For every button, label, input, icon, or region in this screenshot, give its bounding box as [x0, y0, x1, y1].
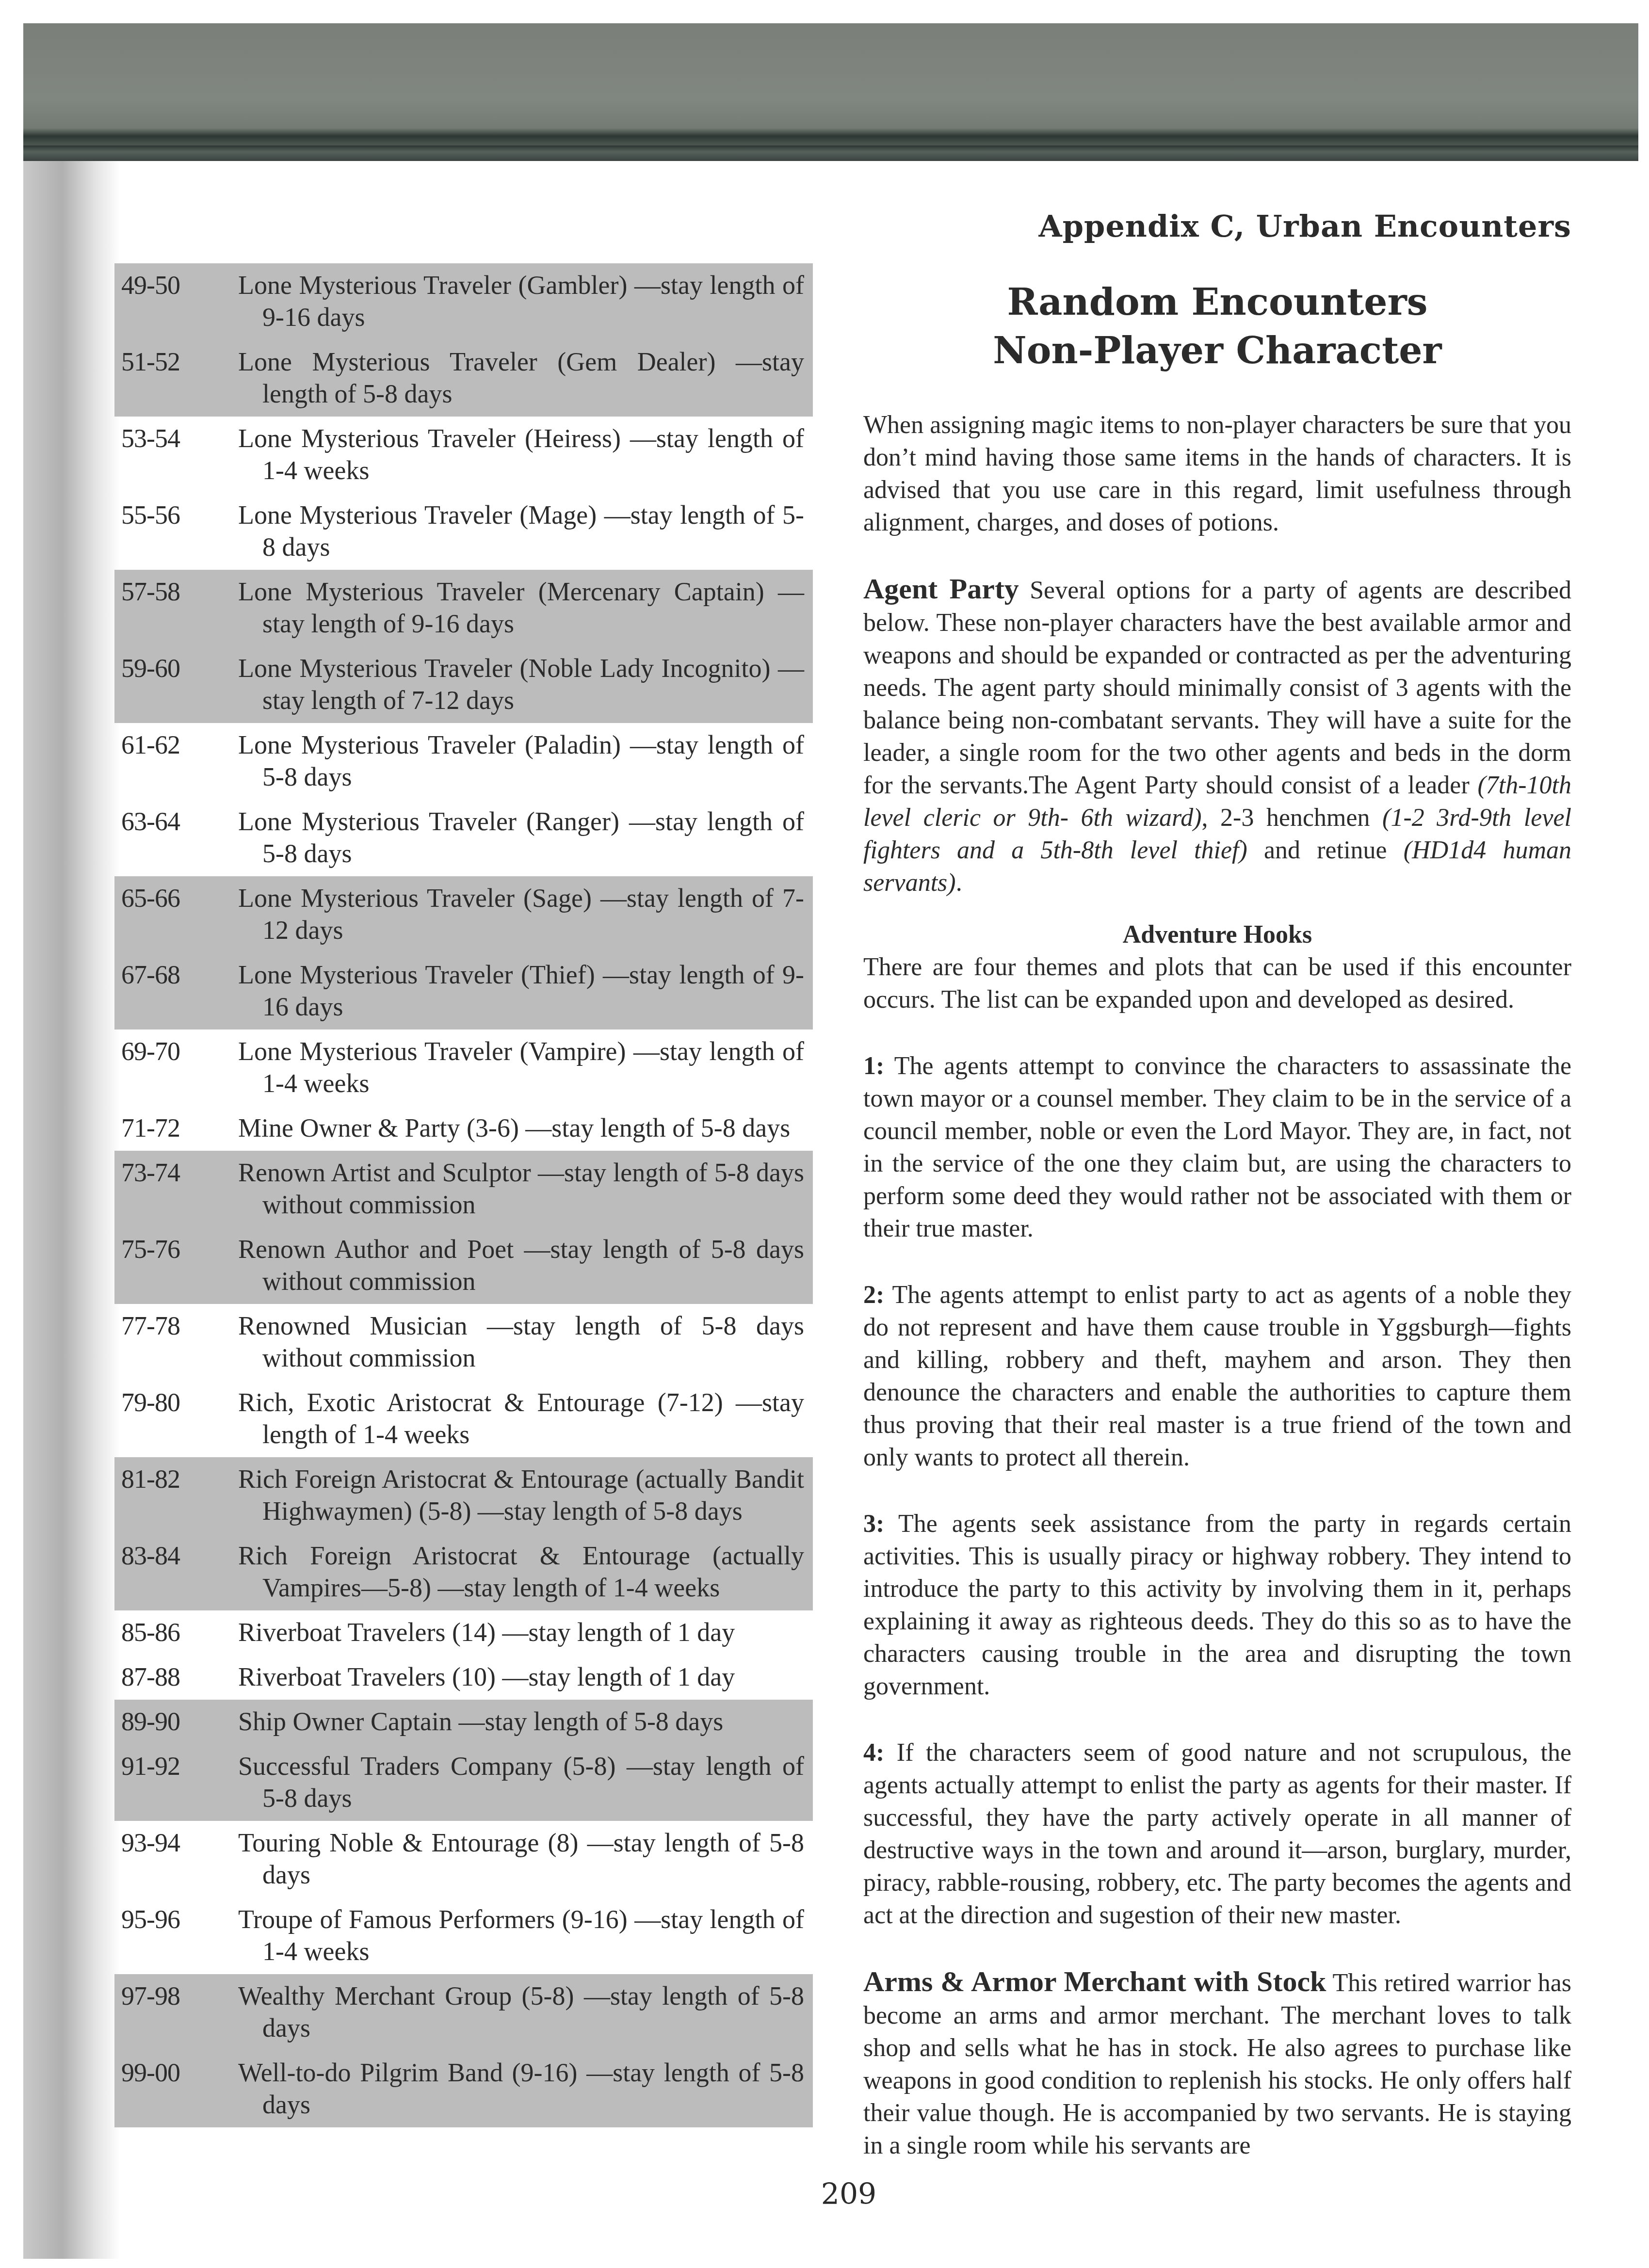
encounter-description: Lone Mysterious Traveler (Gem Dealer) —s…: [238, 346, 813, 410]
encounter-description: Well-to-do Pilgrim Band (9-16) —stay len…: [238, 2057, 813, 2121]
page-number: 209: [805, 2177, 892, 2211]
running-head: Appendix C, Urban Encounters: [863, 209, 1571, 244]
table-row: 51-52Lone Mysterious Traveler (Gem Deale…: [114, 340, 813, 417]
encounter-description: Renowned Musician —stay length of 5-8 da…: [238, 1310, 813, 1374]
encounter-description: Rich, Exotic Aristocrat & Entourage (7-1…: [238, 1386, 813, 1450]
title-line-1: Random Encounters: [863, 278, 1571, 326]
roll-range: 79-80: [114, 1386, 238, 1450]
encounter-table: 49-50Lone Mysterious Traveler (Gambler) …: [114, 263, 813, 2127]
hook-text: The agents attempt to enlist party to ac…: [863, 1281, 1571, 1471]
table-row: 69-70Lone Mysterious Traveler (Vampire) …: [114, 1029, 813, 1106]
roll-range: 55-56: [114, 499, 238, 563]
agent-party-text-3: and retinue: [1247, 836, 1404, 864]
roll-range: 87-88: [114, 1661, 238, 1693]
table-row: 73-74Renown Artist and Sculptor —stay le…: [114, 1151, 813, 1227]
encounter-description: Renown Author and Poet —stay length of 5…: [238, 1233, 813, 1297]
table-row: 79-80Rich, Exotic Aristocrat & Entourage…: [114, 1381, 813, 1457]
encounter-description: Wealthy Merchant Group (5-8) —stay lengt…: [238, 1980, 813, 2044]
agent-party-text-4: .: [956, 869, 962, 897]
hook-item: 3: The agents seek assistance from the p…: [863, 1508, 1571, 1703]
table-row: 87-88Riverboat Travelers (10) —stay leng…: [114, 1655, 813, 1700]
right-column: Appendix C, Urban Encounters Random Enco…: [863, 184, 1571, 2196]
roll-range: 67-68: [114, 959, 238, 1023]
table-row: 89-90Ship Owner Captain —stay length of …: [114, 1700, 813, 1744]
arms-merchant-text: This retired warrior has become an arms …: [863, 1969, 1571, 2159]
roll-range: 65-66: [114, 882, 238, 946]
encounter-description: Lone Mysterious Traveler (Gambler) —stay…: [238, 269, 813, 333]
table-row: 91-92Successful Traders Company (5-8) —s…: [114, 1744, 813, 1821]
intro-paragraph: When assigning magic items to non-player…: [863, 409, 1571, 539]
roll-range: 71-72: [114, 1112, 238, 1144]
roll-range: 81-82: [114, 1463, 238, 1527]
encounter-description: Lone Mysterious Traveler (Noble Lady Inc…: [238, 652, 813, 716]
table-row: 57-58Lone Mysterious Traveler (Mercenary…: [114, 570, 813, 646]
roll-range: 57-58: [114, 576, 238, 640]
roll-range: 51-52: [114, 346, 238, 410]
roll-range: 85-86: [114, 1616, 238, 1648]
table-row: 63-64Lone Mysterious Traveler (Ranger) —…: [114, 800, 813, 876]
book-edge: [23, 145, 1638, 161]
table-row: 85-86Riverboat Travelers (14) —stay leng…: [114, 1610, 813, 1655]
table-row: 65-66Lone Mysterious Traveler (Sage) —st…: [114, 876, 813, 953]
roll-range: 53-54: [114, 422, 238, 486]
encounter-description: Lone Mysterious Traveler (Sage) —stay le…: [238, 882, 813, 946]
table-row: 83-84Rich Foreign Aristocrat & Entourage…: [114, 1534, 813, 1610]
table-row: 49-50Lone Mysterious Traveler (Gambler) …: [114, 263, 813, 340]
table-row: 95-96Troupe of Famous Performers (9-16) …: [114, 1898, 813, 1974]
roll-range: 61-62: [114, 729, 238, 793]
roll-range: 95-96: [114, 1903, 238, 1967]
table-row: 55-56Lone Mysterious Traveler (Mage) —st…: [114, 493, 813, 570]
table-row: 67-68Lone Mysterious Traveler (Thief) —s…: [114, 953, 813, 1029]
encounter-description: Troupe of Famous Performers (9-16) —stay…: [238, 1903, 813, 1967]
table-row: 97-98Wealthy Merchant Group (5-8) —stay …: [114, 1974, 813, 2051]
encounter-description: Lone Mysterious Traveler (Mage) —stay le…: [238, 499, 813, 563]
encounter-description: Rich Foreign Aristocrat & Entourage (act…: [238, 1463, 813, 1527]
roll-range: 73-74: [114, 1157, 238, 1221]
encounter-description: Lone Mysterious Traveler (Mercenary Capt…: [238, 576, 813, 640]
table-row: 81-82Rich Foreign Aristocrat & Entourage…: [114, 1457, 813, 1534]
page-title: Random Encounters Non-Player Character: [863, 278, 1571, 375]
table-row: 93-94Touring Noble & Entourage (8) —stay…: [114, 1821, 813, 1898]
encounter-description: Mine Owner & Party (3-6) —stay length of…: [238, 1112, 813, 1144]
table-row: 75-76Renown Author and Poet —stay length…: [114, 1227, 813, 1304]
roll-range: 63-64: [114, 805, 238, 869]
hook-number: 1:: [863, 1052, 884, 1080]
table-row: 71-72Mine Owner & Party (3-6) —stay leng…: [114, 1106, 813, 1151]
encounter-description: Touring Noble & Entourage (8) —stay leng…: [238, 1827, 813, 1891]
encounter-description: Rich Foreign Aristocrat & Entourage (act…: [238, 1540, 813, 1604]
roll-range: 91-92: [114, 1750, 238, 1814]
encounter-description: Lone Mysterious Traveler (Thief) —stay l…: [238, 959, 813, 1023]
agent-party-heading: Agent Party: [863, 573, 1019, 605]
roll-range: 75-76: [114, 1233, 238, 1297]
table-row: 59-60Lone Mysterious Traveler (Noble Lad…: [114, 646, 813, 723]
hook-text: The agents seek assistance from the part…: [863, 1510, 1571, 1700]
encounter-description: Renown Artist and Sculptor —stay length …: [238, 1157, 813, 1221]
encounter-description: Lone Mysterious Traveler (Paladin) —stay…: [238, 729, 813, 793]
roll-range: 77-78: [114, 1310, 238, 1374]
scanner-border-top: [23, 23, 1638, 161]
roll-range: 83-84: [114, 1540, 238, 1604]
encounter-description: Successful Traders Company (5-8) —stay l…: [238, 1750, 813, 1814]
hook-item: 1: The agents attempt to convince the ch…: [863, 1050, 1571, 1245]
adventure-hooks-intro: There are four themes and plots that can…: [863, 951, 1571, 1016]
roll-range: 49-50: [114, 269, 238, 333]
agent-party-text-1: Several options for a party of agents ar…: [863, 577, 1571, 799]
roll-range: 89-90: [114, 1705, 238, 1737]
encounter-description: Lone Mysterious Traveler (Vampire) —stay…: [238, 1035, 813, 1099]
hook-item: 2: The agents attempt to enlist party to…: [863, 1279, 1571, 1474]
roll-range: 69-70: [114, 1035, 238, 1099]
agent-party-text-2: , 2-3 henchmen: [1202, 804, 1383, 832]
hook-number: 4:: [863, 1739, 884, 1767]
roll-range: 93-94: [114, 1827, 238, 1891]
hook-item: 4: If the characters seem of good nature…: [863, 1737, 1571, 1931]
page-gutter-shadow: [23, 161, 120, 2259]
roll-range: 59-60: [114, 652, 238, 716]
encounter-description: Lone Mysterious Traveler (Heiress) —stay…: [238, 422, 813, 486]
title-line-2: Non-Player Character: [863, 326, 1571, 375]
table-row: 53-54Lone Mysterious Traveler (Heiress) …: [114, 417, 813, 493]
hook-number: 3:: [863, 1510, 884, 1538]
adventure-hooks-heading: Adventure Hooks: [863, 918, 1571, 951]
table-row: 61-62Lone Mysterious Traveler (Paladin) …: [114, 723, 813, 800]
hook-text: The agents attempt to convince the chara…: [863, 1052, 1571, 1242]
roll-range: 99-00: [114, 2057, 238, 2121]
encounter-description: Riverboat Travelers (14) —stay length of…: [238, 1616, 813, 1648]
hook-number: 2:: [863, 1281, 884, 1309]
arms-merchant-heading: Arms & Armor Merchant with Stock: [863, 1965, 1326, 1997]
table-row: 99-00Well-to-do Pilgrim Band (9-16) —sta…: [114, 2051, 813, 2127]
table-row: 77-78Renowned Musician —stay length of 5…: [114, 1304, 813, 1381]
encounter-description: Riverboat Travelers (10) —stay length of…: [238, 1661, 813, 1693]
encounter-description: Lone Mysterious Traveler (Ranger) —stay …: [238, 805, 813, 869]
roll-range: 97-98: [114, 1980, 238, 2044]
arms-merchant-section: Arms & Armor Merchant with Stock This re…: [863, 1965, 1571, 2162]
agent-party-section: Agent Party Several options for a party …: [863, 573, 1571, 899]
encounter-description: Ship Owner Captain —stay length of 5-8 d…: [238, 1705, 813, 1737]
hook-text: If the characters seem of good nature an…: [863, 1739, 1571, 1929]
